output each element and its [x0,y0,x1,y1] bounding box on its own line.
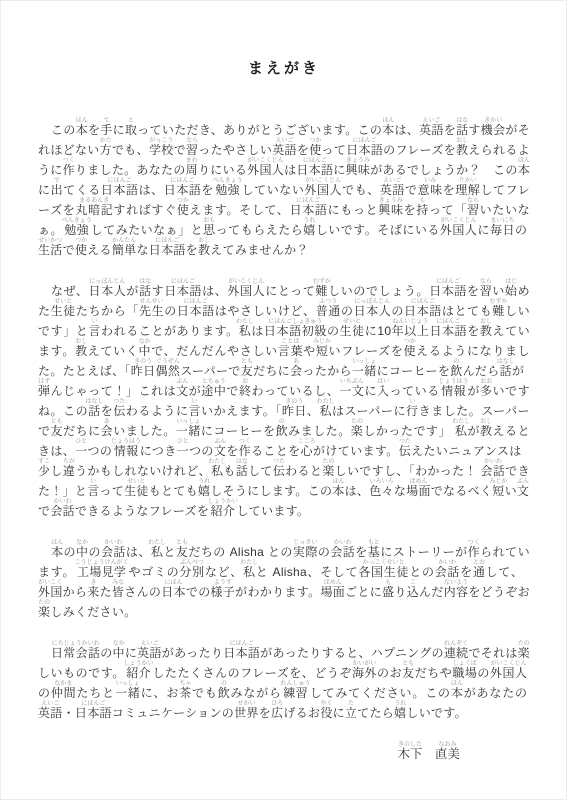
furigana: はな [139,279,151,285]
ruby-word: 本ほん [332,484,344,498]
furigana: わたし [452,419,470,425]
furigana: ひと [75,439,87,445]
page-title: まえがき [38,57,530,78]
furigana: きのう [131,359,156,365]
ruby-word: 会あ [290,364,302,378]
paragraph: 本ほんの中なかの会話かいわは、私わたしと友ともだちの Alisha との実際じっ… [38,540,530,622]
furigana: しょくば [452,661,477,667]
furigana: にほんご [296,158,333,164]
ruby-word: 作つく [63,163,75,177]
ruby-word: 簡単かんたん [112,243,137,257]
furigana: もと [368,540,380,546]
furigana: こうじょうけんがく [75,560,129,566]
ruby-word: 年以上ねんいじょう [391,324,429,338]
furigana: はな [456,118,468,124]
ruby-word: 嬉うれ [198,484,210,498]
ruby-word: 会あ [101,424,114,438]
ruby-word: 生徒せいと [340,324,365,338]
furigana: いっしょ [176,419,201,425]
ruby-word: 基もと [368,545,380,559]
furigana: なか [76,540,88,546]
furigana: ことば [278,339,303,345]
ruby-word: 飲の [218,686,231,700]
furigana: じっさい [293,540,318,546]
furigana: おし [456,138,468,144]
ruby-word: 皆みな [112,585,124,599]
furigana: ちゃ [179,681,191,687]
furigana: かた [100,138,112,144]
ruby-word: 中なか [113,646,125,660]
furigana: うれ [303,218,315,224]
ruby-word: 私わたし [151,545,163,559]
ruby-word: 練習れんしゅう [282,686,309,700]
furigana: きのした [397,742,422,748]
furigana: なら [186,138,198,144]
furigana: ほん [332,479,344,485]
ruby-word: 日常会話にちじょうかいわ [51,646,100,660]
ruby-word: 持も [416,203,429,217]
furigana: い [188,399,200,405]
furigana: はず [38,379,50,385]
ruby-word: 会話かいわ [481,464,506,478]
furigana: ねんいじょう [391,319,429,325]
furigana: て [100,118,112,124]
paragraph: この本ほんを手てに取とっていただき、ありがとうございます。この本ほんは、英語えい… [38,118,530,260]
furigana: まるあんき [75,198,113,204]
furigana: かっこくせいと [358,560,408,566]
ruby-word: 本ほん [518,163,530,177]
ruby-word: 日本語にほんご [149,243,186,257]
furigana: りかい [455,178,480,184]
furigana: はじ [505,279,517,285]
furigana: かいがい [352,661,377,667]
furigana: の [218,681,230,687]
furigana: とも [176,540,188,546]
furigana: きょうみ [346,158,371,164]
ruby-word: 友とも [241,364,253,378]
furigana: なおみ [435,742,460,748]
ruby-word: 周まわ [186,163,198,177]
furigana: にっぽんじん [354,299,392,305]
furigana: がいこく [38,580,63,586]
ruby-word: 伝つた [399,444,411,458]
ruby-word: 文ぶん [517,484,529,498]
ruby-word: 友とも [176,545,188,559]
ruby-word: 工場見学こうじょうけんがく [75,565,128,579]
furigana: ないよう [444,580,469,586]
furigana: わたし [208,459,226,465]
furigana: はな [236,459,248,465]
ruby-word: 一緒いっしょ [115,686,141,700]
ruby-word: 使つか [404,344,417,358]
furigana: なら [480,279,492,285]
furigana: べんきょう [213,178,243,184]
ruby-word: 盛も [382,585,394,599]
furigana: の [276,419,288,425]
furigana: たの [322,459,334,465]
ruby-word: 日本語にほんご [223,646,260,660]
ruby-word: 教おし [75,344,88,358]
ruby-word: 茶ちゃ [179,686,192,700]
furigana: おお [480,379,492,385]
furigana: き [87,580,99,586]
furigana: にほんご [223,641,260,647]
furigana: はなし [497,359,515,365]
ruby-word: 日本語にほんご [429,284,467,298]
ruby-word: 友とも [402,666,415,680]
furigana: みじか [489,479,507,485]
furigana: あ [101,419,113,425]
furigana: かいわ [435,560,460,566]
furigana: やく [320,701,332,707]
furigana: た [345,701,357,707]
ruby-word: 私わたし [455,424,467,438]
ruby-word: 学校がっこう [149,143,174,157]
furigana: かいわ [101,540,126,546]
ruby-word: 立た [345,706,357,720]
ruby-word: 終お [239,384,252,398]
ruby-word: 伝つた [113,404,126,418]
furigana: おも [203,218,215,224]
ruby-word: 文ぶん [176,384,189,398]
furigana: ふつう [316,299,341,305]
furigana: かんたん [112,238,137,244]
ruby-word: 勉強べんきょう [63,223,90,237]
furigana: つか [404,339,416,345]
furigana: ほん [76,118,88,124]
furigana: れんぞく [444,641,469,647]
ruby-word: 私わたし [243,565,255,579]
ruby-word: 普通ふつう [316,304,341,318]
furigana: えいご [137,641,162,647]
furigana: お [239,379,251,385]
ruby-word: 日本語にほんご [164,284,202,298]
furigana: おし [480,419,492,425]
furigana: つた [113,399,125,405]
furigana: おし [480,319,492,325]
ruby-word: 途中とちゅう [201,384,226,398]
furigana: はなし [85,399,103,405]
furigana: とも [51,419,63,425]
ruby-word: 伝つた [273,464,285,478]
ruby-word: 言い [87,484,99,498]
ruby-word: 嬉うれ [394,706,406,720]
furigana: むずか [313,279,331,285]
furigana: じょうほう [111,439,141,445]
furigana: がいこくじん [440,218,477,224]
ruby-word: 木下きのした [397,747,422,761]
ruby-word: 習なら [467,203,480,217]
furigana: いろいろ [369,479,394,485]
ruby-word: 本ほん [76,123,88,137]
furigana: みじか [313,339,331,345]
ruby-word: 会話かいわ [435,565,460,579]
furigana: なか [139,339,151,345]
ruby-word: 話はな [236,464,248,478]
ruby-word: 生徒せいと [124,484,149,498]
ruby-word: 興味きょうみ [346,163,371,177]
ruby-word: 嬉うれ [303,223,316,237]
furigana: たの [38,600,50,606]
ruby-word: 英語えいご [38,706,63,720]
ruby-word: 英語えいご [272,143,297,157]
furigana: なかま [51,681,76,687]
furigana: はい [377,379,389,385]
ruby-word: 使つか [75,243,87,257]
ruby-word: 日本人にっぽんじん [89,284,127,298]
ruby-word: 場面ばめん [320,585,345,599]
ruby-word: 言葉ことば [278,344,303,358]
furigana: ほん [518,158,530,164]
ruby-word: 日本語にほんご [404,304,442,318]
ruby-word: 理解りかい [455,183,480,197]
ruby-word: 使つか [309,143,321,157]
ruby-word: 本ほん [51,545,63,559]
ruby-word: 違ちが [63,464,75,478]
ruby-word: 日本語にほんご [164,183,202,197]
furigana: きのう [282,399,307,405]
ruby-word: 言い [88,324,101,338]
ruby-word: 一ひと [177,444,189,458]
ruby-word: 情報じょうほう [440,384,467,398]
ruby-word: 思おも [203,223,216,237]
furigana: ぶんべつ [179,560,204,566]
ruby-word: 会話かいわ [50,504,75,518]
ruby-word: 話はな [456,123,468,137]
furigana: わたし [148,540,166,546]
furigana: にほんご [75,701,112,707]
ruby-word: 込こ [407,585,419,599]
ruby-word: 日本語初級にほんごしょきゅう [264,324,327,338]
author-name: 木下きのした 直美なおみ [38,742,530,762]
furigana: とお [473,560,485,566]
ruby-word: 外国人がいこくじん [247,163,284,177]
ruby-word: 機会きかい [481,123,506,137]
furigana: せんせい [139,299,164,305]
furigana: かいわ [50,499,75,505]
furigana: にほんご [149,238,186,244]
ruby-word: 習なら [480,284,493,298]
furigana: の [450,359,462,365]
furigana: じょうほう [438,379,468,385]
ruby-word: 一文いちぶん [339,384,364,398]
furigana: ぶん [176,379,188,385]
furigana: きかい [481,118,506,124]
furigana: きょうみ [378,198,403,204]
furigana: むずか [490,299,508,305]
furigana: せいと [51,299,76,305]
ruby-word: 私わたし [319,404,331,418]
ruby-word: 私わたし [211,464,223,478]
ruby-word: 昨日きのう [131,364,156,378]
ruby-word: 外国がいこく [38,585,63,599]
ruby-word: 楽たの [322,464,334,478]
ruby-word: 入はい [377,384,390,398]
ruby-word: 実際じっさい [293,545,318,559]
ruby-word: 各国生徒かっこくせいと [358,565,409,579]
ruby-word: 楽たの [38,605,50,619]
furigana: つく [63,158,75,164]
ruby-word: 色々いろいろ [369,484,394,498]
ruby-word: 広ひろ [271,706,283,720]
furigana: わたし [317,399,335,405]
furigana: にほんご [429,279,467,285]
furigana: たの [351,419,363,425]
ruby-word: 取と [125,123,137,137]
ruby-word: 始はじ [505,284,518,298]
ruby-word: 会話かいわ [330,545,355,559]
furigana: にほんご [164,178,201,184]
furigana: にほんご [404,299,442,305]
ruby-word: 教おし [198,243,210,257]
furigana: で [51,178,63,184]
furigana: がいこくじん [247,158,284,164]
furigana: がっこう [149,138,174,144]
ruby-word: 友とも [51,424,64,438]
ruby-word: 話はなし [88,404,100,418]
ruby-word: 海外かいがい [352,666,377,680]
ruby-word: 日本語にほんご [296,163,333,177]
furigana: つく [239,439,251,445]
ruby-word: 習なら [186,143,198,157]
ruby-word: 日本語にほんご [177,304,215,318]
ruby-word: 勉強べんきょう [214,183,241,197]
furigana: えいご [380,178,405,184]
ruby-word: 本ほん [382,123,394,137]
document-page: まえがき この本ほんを手てに取とっていただき、ありがとうございます。この本ほんは… [0,0,567,800]
ruby-word: 英語えいご [137,646,162,660]
ruby-word: 中なか [76,545,88,559]
ruby-word: 行い [406,404,419,418]
furigana: い [406,399,418,405]
furigana: にほんご [101,178,138,184]
furigana: にちじょうかいわ [51,641,100,647]
furigana: せいかつ [38,238,63,244]
furigana: つか [309,138,321,144]
ruby-word: 生徒せいと [51,304,76,318]
ruby-word: 直美なおみ [435,747,460,761]
ruby-word: 一緒いっしょ [176,424,201,438]
ruby-word: 短みじか [316,344,328,358]
ruby-word: 紹介しょうかい [209,504,236,518]
furigana: ちが [63,459,75,465]
ruby-word: 職場しょくば [452,666,477,680]
paragraph: 日常会話にちじょうかいわの中なかに英語えいごがあったり日本語にほんごがあったりす… [38,641,530,723]
ruby-word: 楽たの [351,424,364,438]
furigana: ようす [211,580,236,586]
ruby-word: 外国人がいこくじん [227,284,265,298]
ruby-word: 外国人がいこくじん [304,183,342,197]
furigana: にほんご [290,198,328,204]
ruby-word: 話はなし [500,364,512,378]
ruby-word: 日本語にほんご [101,183,139,197]
ruby-word: 教おし [480,324,493,338]
ruby-word: 生活せいかつ [38,243,63,257]
furigana: にほん [161,580,186,586]
ruby-word: 通とお [473,565,486,579]
furigana: とちゅう [201,379,226,385]
furigana: にほんご [429,319,467,325]
ruby-word: 毎日まいにち [490,223,515,237]
ruby-word: 使つか [177,203,190,217]
ruby-word: 様子ようす [211,585,236,599]
ruby-word: 日本人にっぽんじん [354,304,392,318]
preface-paragraphs: この本ほんを手てに取とっていただき、ありがとうございます。この本ほんは、英語えい… [38,118,530,723]
furigana: と [125,118,137,124]
ruby-word: 意味いみ [418,183,443,197]
furigana: つか [75,238,87,244]
furigana: いっしょ [352,359,377,365]
furigana: なら [467,198,479,204]
ruby-word: 日本語にほんご [75,706,112,720]
furigana: とも [241,359,253,365]
ruby-word: 一緒いっしょ [352,364,377,378]
furigana: わたし [236,319,254,325]
furigana: にほんごしょきゅう [264,319,327,325]
furigana: い [88,319,100,325]
ruby-word: 私わたし [239,324,251,338]
furigana: しょうかい [123,661,153,667]
ruby-word: 短みじか [492,484,504,498]
ruby-word: 作つく [468,545,480,559]
furigana: えいご [419,118,444,124]
ruby-word: 多おお [480,384,493,398]
ruby-word: 分別ぶんべつ [179,565,204,579]
furigana: いちぶん [339,379,364,385]
ruby-word: 日本語にほんご [290,203,328,217]
ruby-word: 飲の [450,364,462,378]
ruby-word: 世界せかい [234,706,259,720]
ruby-word: 本ほん [451,686,464,700]
furigana: ほん [382,118,394,124]
furigana: ひろ [271,701,283,707]
ruby-word: 出で [51,183,64,197]
furigana: いみ [418,178,443,184]
ruby-word: 役やく [320,706,332,720]
ruby-word: 弾はず [38,384,51,398]
furigana: たの [518,641,530,647]
furigana: も [416,198,428,204]
furigana: あ [290,359,302,365]
furigana: すこ [38,459,50,465]
ruby-word: 英語えいご [380,183,405,197]
furigana: にほんご [164,279,202,285]
furigana: ひと [177,439,189,445]
ruby-word: 英語えいご [419,123,444,137]
ruby-word: 飲の [276,424,289,438]
furigana: い [87,479,99,485]
ruby-word: 難むずか [492,304,504,318]
ruby-word: 一ひと [75,444,87,458]
furigana: ぶん [214,439,226,445]
ruby-word: 昨日きのう [282,404,307,418]
ruby-word: 楽たの [518,646,530,660]
ruby-word: 外国人がいこくじん [440,223,478,237]
furigana: つた [399,439,411,445]
furigana: がいこくじん [304,178,341,184]
ruby-word: 場面ばめん [406,484,431,498]
ruby-word: 紹介しょうかい [125,666,152,680]
furigana: にほんご [177,299,215,305]
ruby-word: 内容ないよう [444,585,469,599]
paragraph: なぜ、日本人にっぽんじんが話はなす日本語にほんごは、外国人がいこくじんにとって難… [38,279,530,521]
ruby-word: 日本語にほんご [346,143,383,157]
ruby-word: 方かた [100,143,112,157]
furigana: こ [407,580,419,586]
furigana: こころ [298,439,316,445]
ruby-word: 少すこ [38,464,50,478]
furigana: まわ [186,158,198,164]
